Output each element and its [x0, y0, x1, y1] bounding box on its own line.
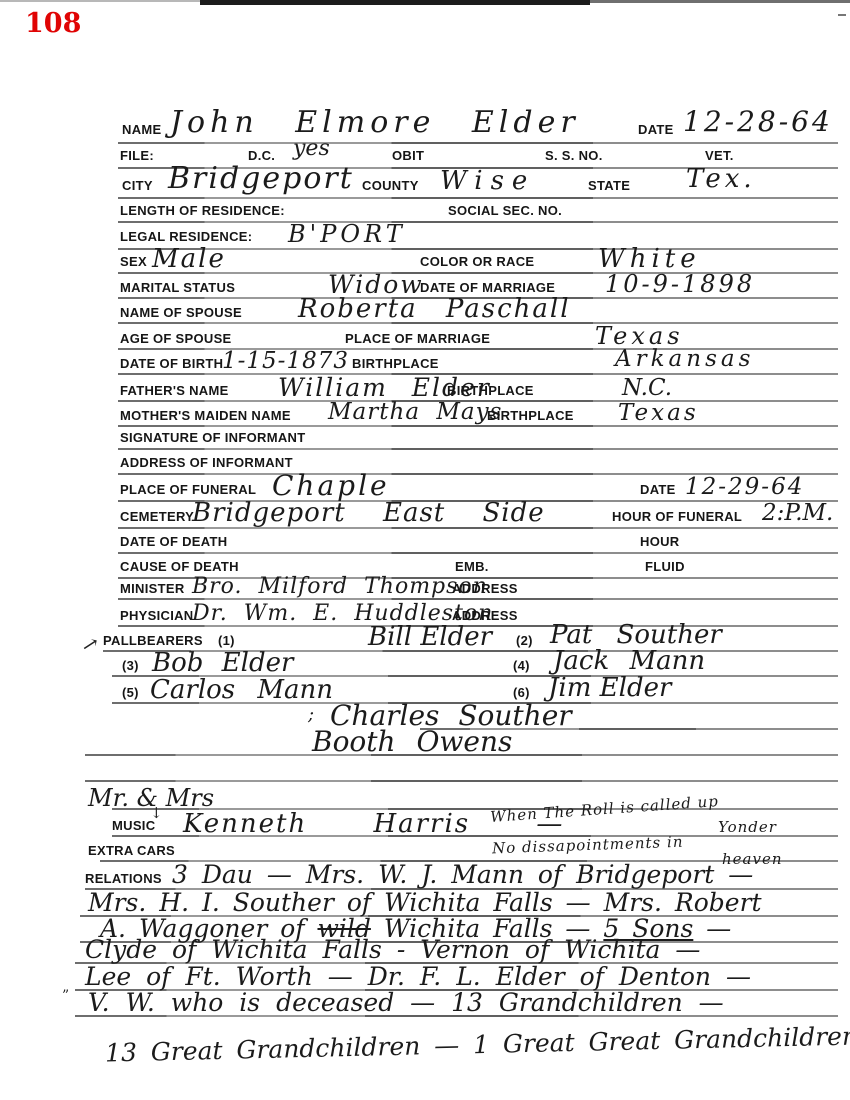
minister-label: MINISTER — [120, 581, 185, 596]
rule-line — [118, 221, 838, 223]
city-value: Bridgeport — [168, 164, 354, 194]
address-of-informant-label: ADDRESS OF INFORMANT — [120, 455, 293, 470]
rule-line — [118, 448, 838, 450]
mothers-maiden-name-value: Martha Mays — [328, 401, 502, 424]
scan-artifact-mark — [838, 14, 846, 16]
pallbearer-extra-2: Booth Owens — [312, 728, 512, 756]
mother-birthplace-label: BIRTHPLACE — [487, 408, 574, 423]
pallbearer-6-value: Jim Elder — [548, 675, 671, 701]
rule-line — [85, 780, 838, 782]
rule-line — [118, 552, 838, 554]
music-label: MUSIC — [112, 818, 155, 833]
birthplace-label: BIRTHPLACE — [352, 356, 439, 371]
mothers-maiden-name-label: MOTHER'S MAIDEN NAME — [120, 408, 291, 423]
hand-drawn-arrow-mark: ↗ — [80, 631, 101, 658]
color-or-race-label: COLOR OR RACE — [420, 254, 534, 269]
place-of-funeral-label: PLACE OF FUNERAL — [120, 482, 256, 497]
father-birthplace-label: BIRTHPLACE — [447, 383, 534, 398]
dc-value: yes — [293, 138, 330, 160]
name-label: NAME — [122, 122, 161, 137]
pallbearer-1-number: (1) — [218, 633, 235, 648]
cause-of-death-label: CAUSE OF DEATH — [120, 559, 239, 574]
pallbearer-2-number: (2) — [516, 633, 533, 648]
relations-line-1: 3 Dau — Mrs. W. J. Mann of Bridgeport — — [172, 862, 753, 887]
song-title-line-1b: Yonder — [718, 820, 777, 835]
vet-label: VET. — [705, 148, 734, 163]
legal-residence-value: B'PORT — [288, 222, 406, 246]
city-label: CITY — [122, 178, 153, 193]
date-of-birth-value: 1-15-1873 — [222, 350, 349, 373]
minister-address-label: ADDRESS — [452, 581, 518, 596]
scan-artifact-strip — [0, 0, 200, 2]
pallbearer-2-value: Pat Souther — [550, 622, 722, 648]
legal-residence-label: LEGAL RESIDENCE: — [120, 229, 252, 244]
county-value: Wise — [440, 168, 535, 194]
rule-line — [118, 142, 838, 144]
rule-line — [118, 248, 838, 250]
name-of-spouse-value: Roberta Paschall — [298, 296, 571, 322]
father-birthplace-value: N.C. — [622, 377, 672, 400]
sex-label: SEX — [120, 254, 147, 269]
funeral-date-label: DATE — [640, 482, 676, 497]
extra-cars-label: EXTRA CARS — [88, 843, 175, 858]
minister-value: Bro. Milford Thompson — [192, 576, 488, 598]
name-value: John Elmore Elder — [170, 108, 580, 138]
state-value: Tex. — [686, 166, 756, 192]
pallbearer-4-number: (4) — [513, 658, 530, 673]
name-of-spouse-label: NAME OF SPOUSE — [120, 305, 242, 320]
mother-birthplace-value: Texas — [618, 402, 699, 425]
hour-label: HOUR — [640, 534, 679, 549]
pallbearer-3-number: (3) — [122, 658, 139, 673]
pallbearer-5-value: Carlos Mann — [150, 677, 333, 703]
obit-label: OBIT — [392, 148, 424, 163]
place-of-marriage-value: Texas — [595, 324, 684, 348]
scan-artifact-strip — [200, 0, 590, 5]
pallbearer-6-number: (6) — [513, 685, 530, 700]
song-title-line-2: No dissapointments in — [492, 835, 684, 857]
physician-address-label: ADDRESS — [452, 608, 518, 623]
hour-of-funeral-value: 2:P.M. — [762, 502, 833, 525]
length-of-residence-label: LENGTH OF RESIDENCE: — [120, 203, 285, 218]
pallbearer-5-number: (5) — [122, 685, 139, 700]
age-of-spouse-label: AGE OF SPOUSE — [120, 331, 232, 346]
pallbearer-1-value: Bill Elder — [368, 624, 492, 650]
hour-of-funeral-label: HOUR OF FUNERAL — [612, 509, 742, 524]
pallbearer-3-value: Bob Elder — [152, 650, 293, 676]
signature-of-informant-label: SIGNATURE OF INFORMANT — [120, 430, 305, 445]
page-number: 108 — [25, 8, 81, 39]
state-label: STATE — [588, 178, 630, 193]
date-of-birth-label: DATE OF BIRTH — [120, 356, 223, 371]
rule-line — [118, 425, 838, 427]
date-of-marriage-label: DATE OF MARRIAGE — [420, 280, 555, 295]
date-value: 12-28-64 — [683, 108, 833, 136]
emb-label: EMB. — [455, 559, 489, 574]
cemetery-label: CEMETERY — [120, 509, 194, 524]
date-label: DATE — [638, 122, 674, 137]
relations-line-2: Mrs. H. I. Souther of Wichita Falls — Mr… — [88, 890, 762, 915]
fluid-label: FLUID — [645, 559, 685, 574]
place-of-funeral-value: Chaple — [272, 472, 390, 500]
relations-line-7: 13 Great Grandchildren — 1 Great Great G… — [105, 1023, 850, 1065]
cemetery-value: Bridgeport East Side — [192, 500, 545, 526]
marital-status-label: MARITAL STATUS — [120, 280, 235, 295]
county-label: COUNTY — [362, 178, 419, 193]
relations-line-4: Clyde of Wichita Falls - Vernon of Wichi… — [85, 937, 700, 962]
pallbearer-4-value: Jack Mann — [553, 648, 705, 674]
relations-line-5: Lee of Ft. Worth — Dr. F. L. Elder of De… — [85, 964, 751, 989]
place-of-marriage-label: PLACE OF MARRIAGE — [345, 331, 490, 346]
relations-line-6: V. W. who is deceased — 13 Grandchildren… — [88, 990, 724, 1015]
date-of-death-label: DATE OF DEATH — [120, 534, 227, 549]
funeral-date-value: 12-29-64 — [685, 476, 804, 499]
rule-line — [118, 197, 838, 199]
relations-label: RELATIONS — [85, 871, 162, 886]
file-label: FILE: — [120, 148, 154, 163]
birthplace-value: Arkansas — [615, 348, 754, 371]
fathers-name-label: FATHER'S NAME — [120, 383, 229, 398]
sex-value: Male — [152, 246, 226, 272]
pallbearers-label: PALLBEARERS — [103, 633, 203, 648]
date-of-marriage-value: 10-9-1898 — [605, 272, 755, 296]
color-or-race-value: White — [598, 246, 701, 272]
scanned-funeral-record: 108 NAME John Elmore Elder DATE 12-28-64… — [0, 0, 850, 1100]
social-sec-label: SOCIAL SEC. NO. — [448, 203, 562, 218]
stray-quote-mark: ” — [62, 988, 69, 1004]
ssno-label: S. S. NO. — [545, 148, 603, 163]
scan-artifact-strip — [590, 0, 850, 3]
song-title-line-1: When The Roll is called up — [490, 794, 720, 825]
physician-label: PHYSICIAN — [120, 608, 194, 623]
stray-ink-mark: ; — [308, 706, 314, 724]
